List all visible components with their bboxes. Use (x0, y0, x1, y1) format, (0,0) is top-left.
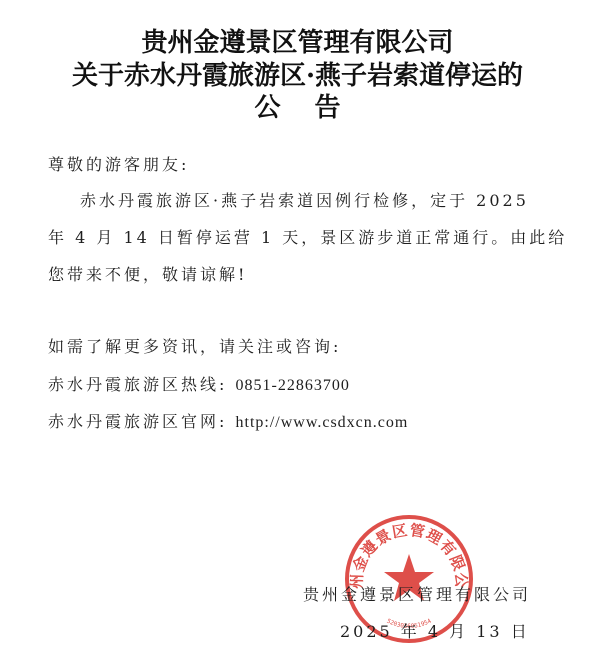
issuer-signature: 贵州金遵景区管理有限公司 (303, 582, 531, 605)
paragraph-line-1: 赤水丹霞旅游区·燕子岩索道因例行检修，定于 2025 (80, 188, 529, 211)
company-title: 贵州金遵景区管理有限公司 (0, 22, 595, 59)
hotline-label: 赤水丹霞旅游区热线: (48, 375, 227, 394)
hotline-value: 0851-22863700 (236, 377, 350, 394)
contact-intro: 如需了解更多资讯，请关注或咨询: (48, 334, 341, 357)
issue-date: 2025 年 4 月 13 日 (340, 619, 530, 642)
website-line: 赤水丹霞旅游区官网: http://www.csdxcn.com (48, 409, 408, 432)
salutation: 尊敬的游客朋友: (48, 152, 189, 175)
paragraph-line-3: 您带来不便，敬请谅解! (48, 262, 247, 285)
paragraph-line-2: 年 4 月 14 日暂停运营 1 天，景区游步道正常通行。由此给 (48, 225, 567, 248)
website-label: 赤水丹霞旅游区官网: (48, 412, 227, 431)
notice-doc-type: 公告 (0, 87, 595, 124)
website-link[interactable]: http://www.csdxcn.com (236, 414, 409, 431)
hotline-line: 赤水丹霞旅游区热线: 0851-22863700 (48, 372, 350, 395)
